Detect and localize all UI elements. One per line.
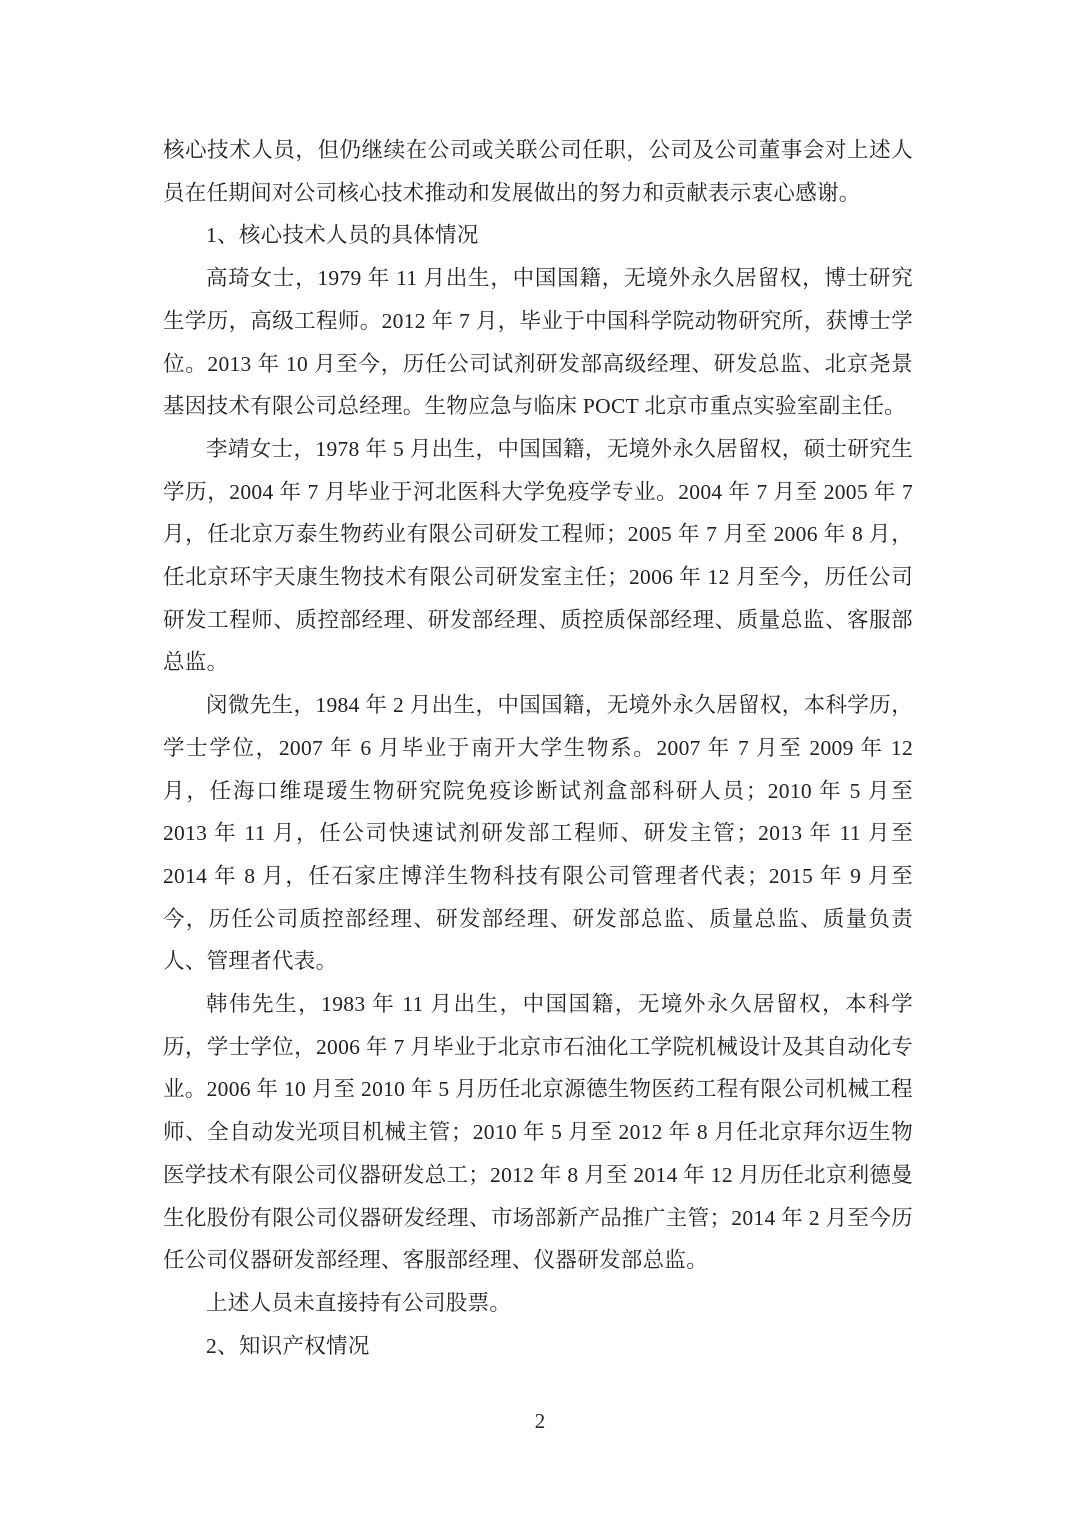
page-number: 2 <box>0 1406 1080 1436</box>
section-heading-intellectual-property: 2、知识产权情况 <box>163 1325 913 1368</box>
bio-paragraph-han-wei: 韩伟先生，1983 年 11 月出生，中国国籍，无境外永久居留权，本科学历，学士… <box>163 983 913 1282</box>
bio-paragraph-gao-qi: 高琦女士，1979 年 11 月出生，中国国籍，无境外永久居留权，博士研究生学历… <box>163 257 913 428</box>
bio-paragraph-min-wei: 闵微先生，1984 年 2 月出生，中国国籍，无境外永久居留权，本科学历，学士学… <box>163 684 913 983</box>
continuation-paragraph: 核心技术人员，但仍继续在公司或关联公司任职，公司及公司董事会对上述人员在任期间对… <box>163 129 913 214</box>
document-page: 核心技术人员，但仍继续在公司或关联公司任职，公司及公司董事会对上述人员在任期间对… <box>0 0 1080 1527</box>
section-heading-core-personnel: 1、核心技术人员的具体情况 <box>163 214 913 257</box>
note-no-direct-shareholding: 上述人员未直接持有公司股票。 <box>163 1282 913 1325</box>
bio-paragraph-li-jing: 李靖女士，1978 年 5 月出生，中国国籍，无境外永久居留权，硕士研究生学历，… <box>163 428 913 684</box>
document-body: 核心技术人员，但仍继续在公司或关联公司任职，公司及公司董事会对上述人员在任期间对… <box>163 129 913 1367</box>
